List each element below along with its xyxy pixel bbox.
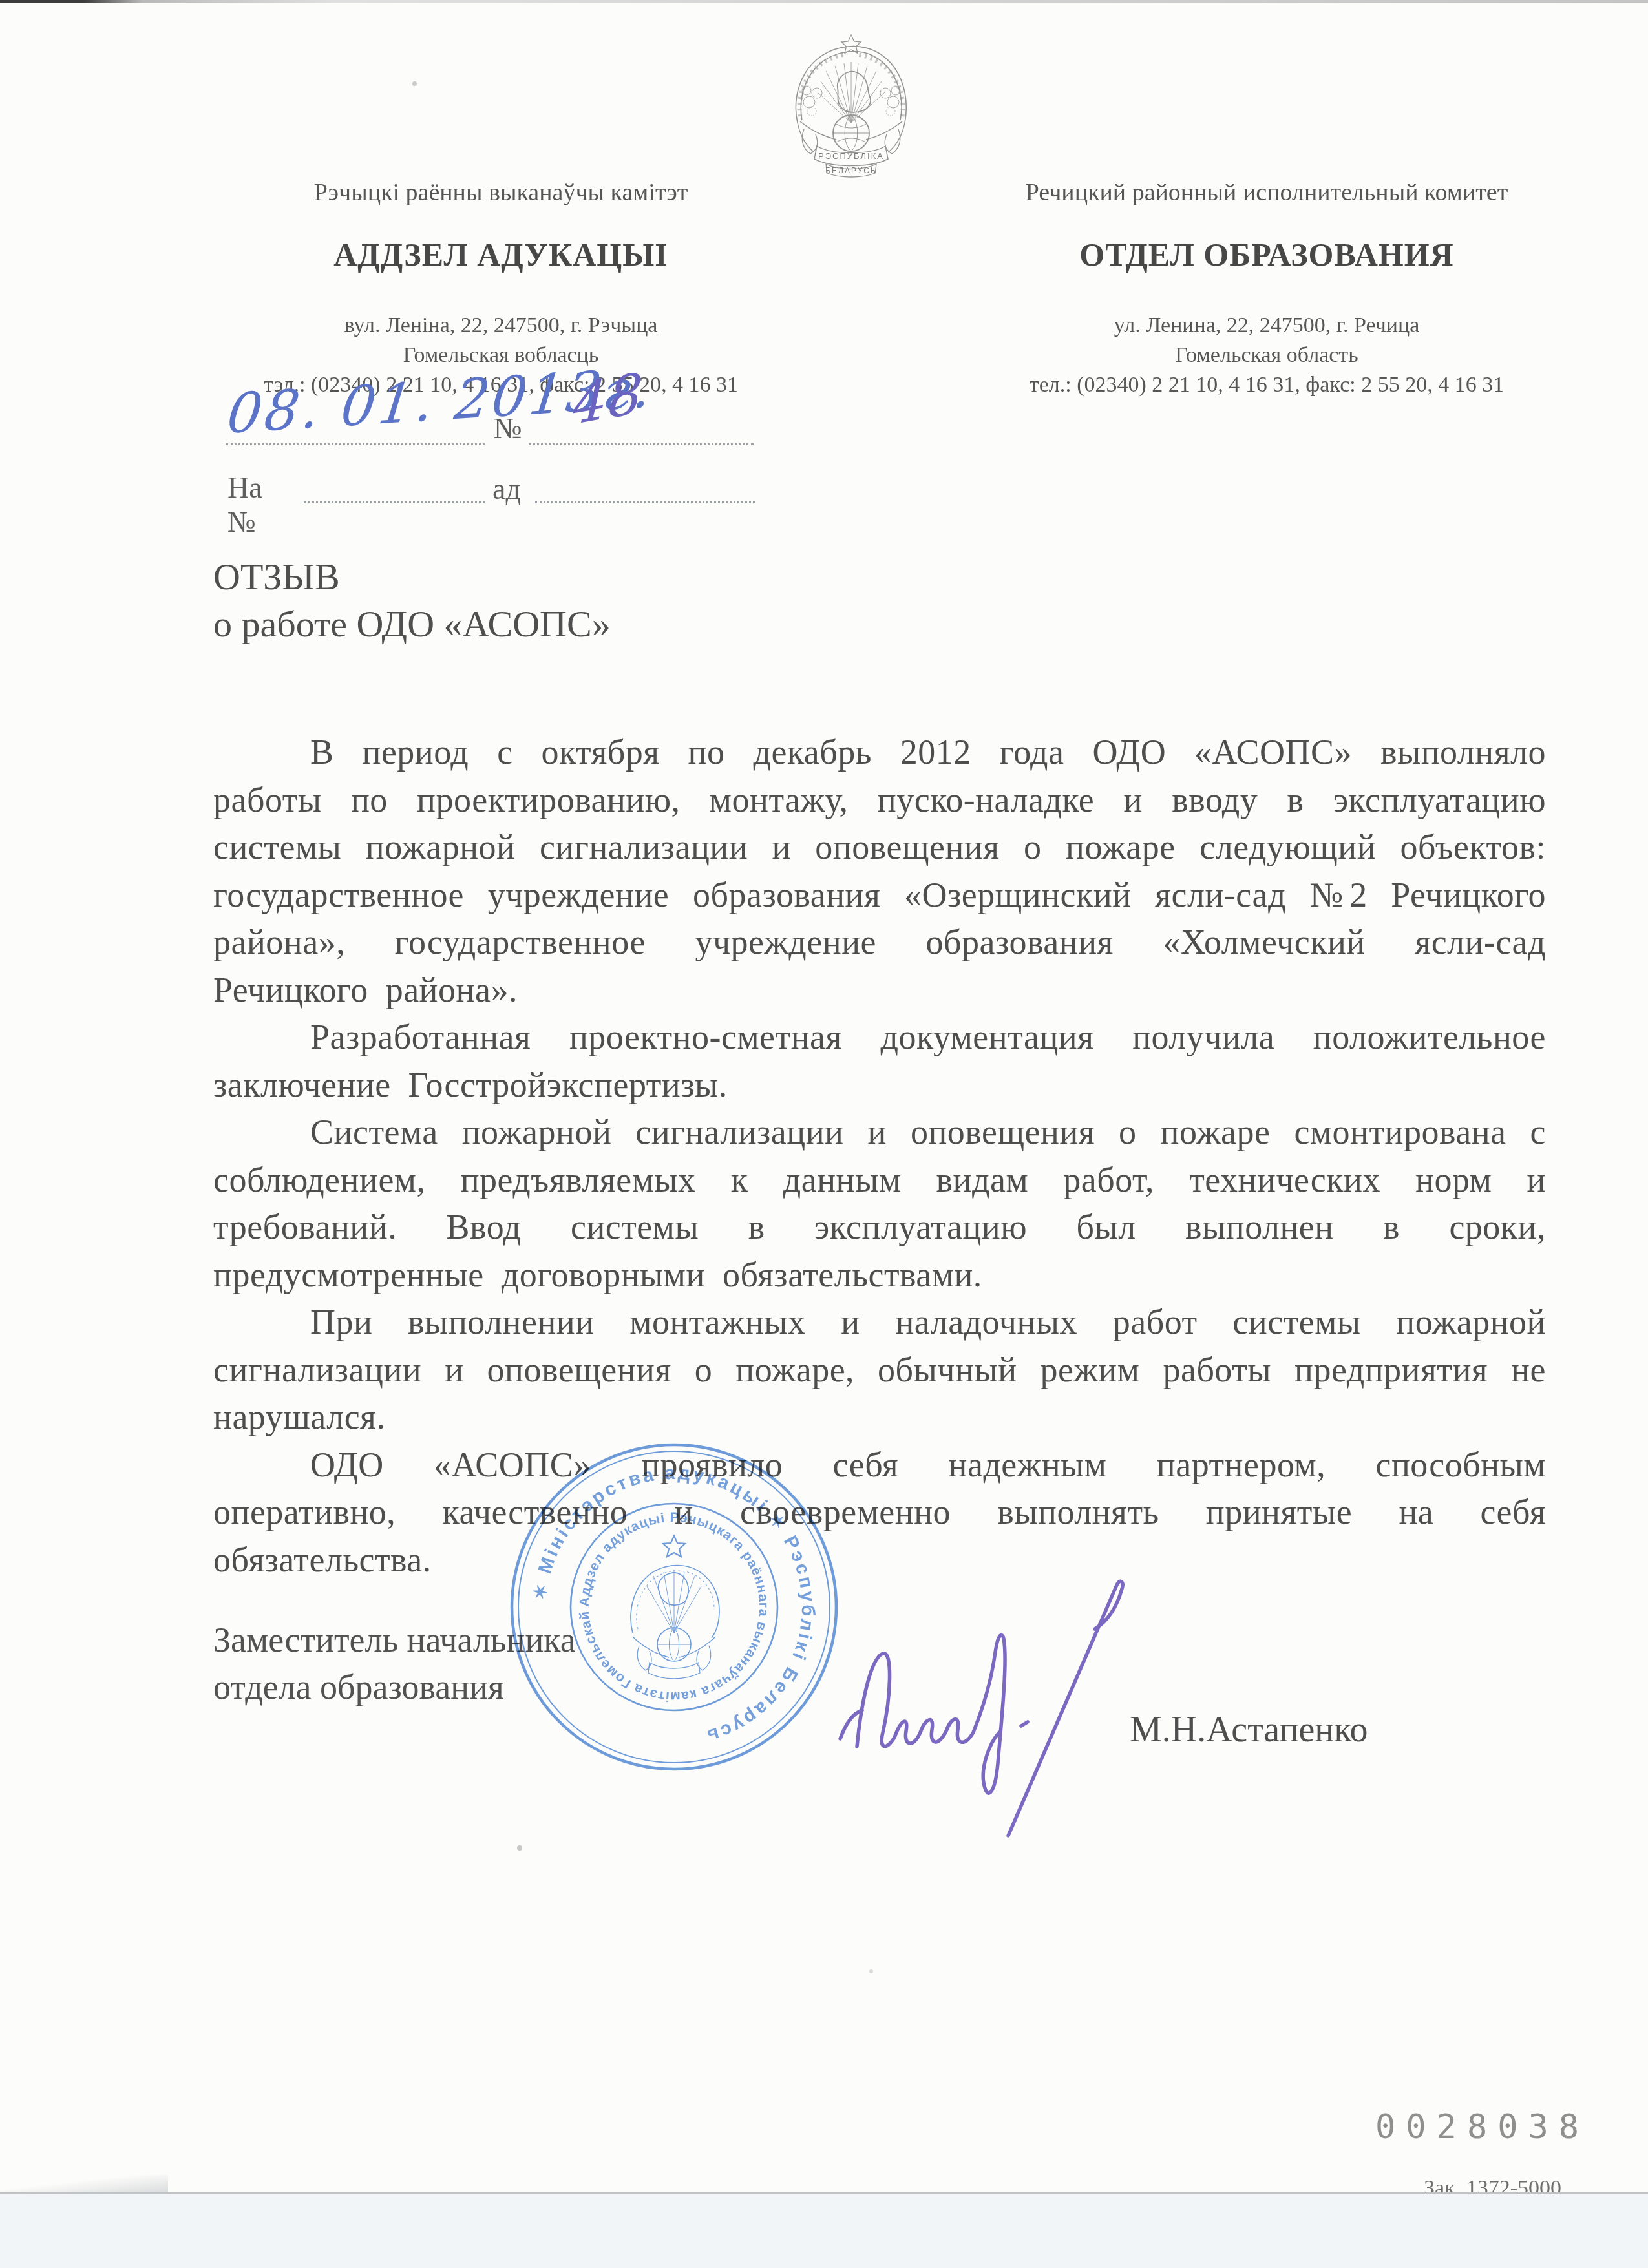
letterhead-right-column: Речицкий районный исполнительный комитет… [982,180,1551,400]
scanned-letter-page: РЭСПУБЛІКА БЕЛАРУСЬ Рэчыцкі раённы выкан… [0,0,1648,2268]
reply-to-label: На № [227,470,262,539]
scan-speck [517,1845,522,1851]
handwritten-number: 48 [572,360,645,437]
department-name-by: АДДЗЕЛ АДУКАЦЫІ [220,236,782,273]
form-serial-number: 0028038 [1375,2108,1589,2147]
document-title: ОТЗЫВ о работе ОДО «АСОПС» [213,553,611,647]
date-blank-line [226,443,485,445]
number-blank-line [529,443,754,445]
reply-from-label: ад [492,472,521,506]
paragraph: В период с октября по декабрь 2012 года … [213,729,1546,1014]
stamp-center-emblem [631,1536,719,1679]
belarus-coat-of-arms: РЭСПУБЛІКА БЕЛАРУСЬ [781,26,922,178]
scan-edge-artifact-wedge [0,2175,168,2193]
org-name-by: Рэчыцкі раённы выканаўчы камітэт [220,180,782,205]
scan-speck [412,81,417,86]
phone-line-ru: тел.: (02340) 2 21 10, 4 16 31, факс: 2 … [982,370,1551,400]
title-line-2: о работе ОДО «АСОПС» [213,600,611,647]
letter-body: В период с октября по декабрь 2012 года … [213,729,1546,1584]
paragraph: Разработанная проектно-сметная документа… [213,1014,1546,1109]
department-name-ru: ОТДЕЛ ОБРАЗОВАНИЯ [982,236,1551,273]
reply-number-blank-line [304,501,485,503]
org-name-ru: Речицкий районный исполнительный комитет [982,180,1551,205]
paragraph: Система пожарной сигнализации и оповещен… [213,1109,1546,1299]
region-line-ru: Гомельская область [982,341,1551,370]
scan-speck [869,1969,873,1973]
signer-name: М.Н.Астапенко [1130,1709,1368,1750]
number-sign: № [494,411,522,445]
emblem-banner-text-2: БЕЛАРУСЬ [825,166,877,175]
emblem-banner-text-1: РЭСПУБЛІКА [818,151,884,161]
handwritten-signature [827,1548,1163,1851]
title-line-1: ОТЗЫВ [213,553,611,600]
scan-edge-artifact-top [0,0,1648,3]
paragraph: При выполнении монтажных и наладочных ра… [213,1299,1546,1442]
address-line-ru: ул. Ленина, 22, 247500, г. Речица [982,311,1551,341]
address-line-by: вул. Леніна, 22, 247500, г. Рэчыца [220,311,782,341]
official-round-stamp: ✶ Міністэрства адукацыі ✶ Рэспублікі Бел… [506,1439,842,1775]
scanner-background [0,2194,1648,2268]
reply-date-blank-line [535,501,755,503]
